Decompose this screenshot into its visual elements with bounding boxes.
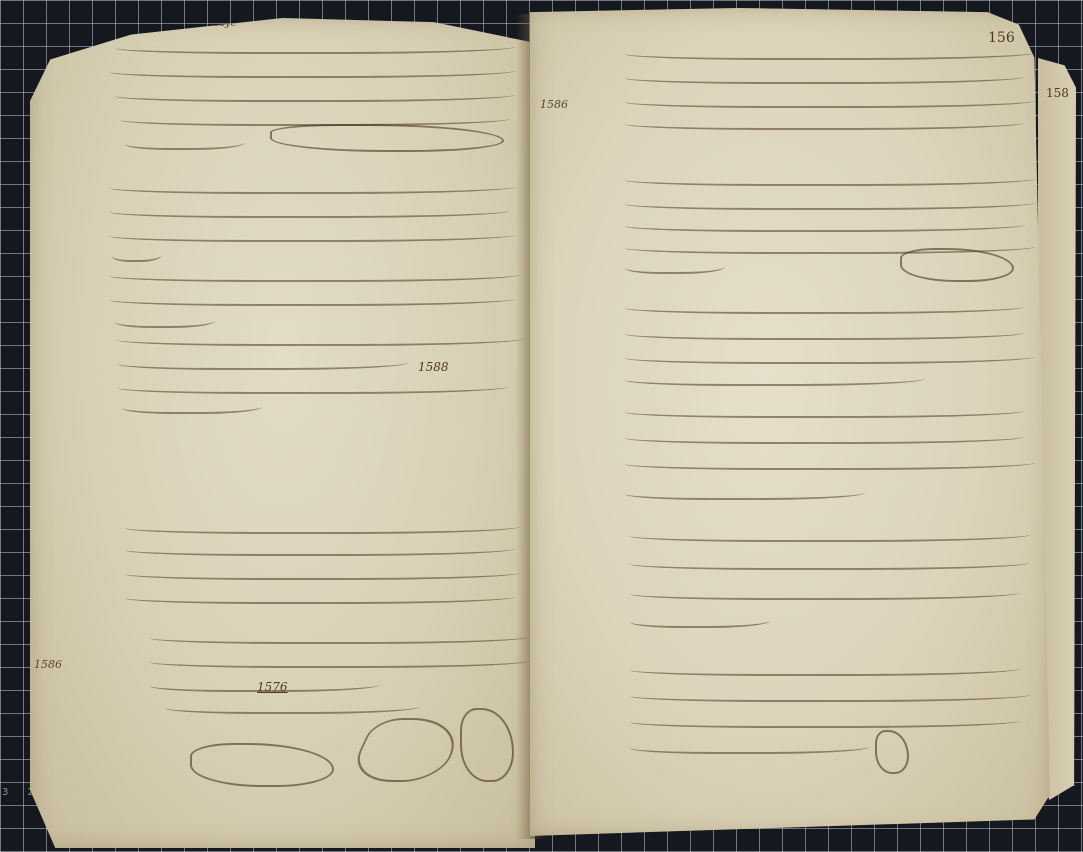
right-margin-year: 1586 xyxy=(540,98,568,111)
entry-year: 1588 xyxy=(418,360,449,374)
entry-year: 1576 xyxy=(257,680,288,694)
right-page: 156 1586 xyxy=(530,8,1050,836)
signature xyxy=(460,708,514,782)
top-insertion: de Pesye xyxy=(192,18,236,29)
signature xyxy=(270,124,504,152)
next-folio-number: 158 xyxy=(1046,86,1069,100)
signature xyxy=(900,248,1014,282)
folio-number: 156 xyxy=(988,30,1015,46)
signature xyxy=(190,743,334,787)
signature xyxy=(345,718,469,782)
signature xyxy=(875,730,909,774)
left-page: de Pesye 1588 xyxy=(30,18,535,848)
manuscript-photo: 3 22 21 21 158 de Pesye xyxy=(0,0,1083,852)
left-margin-year: 1586 xyxy=(34,658,62,671)
